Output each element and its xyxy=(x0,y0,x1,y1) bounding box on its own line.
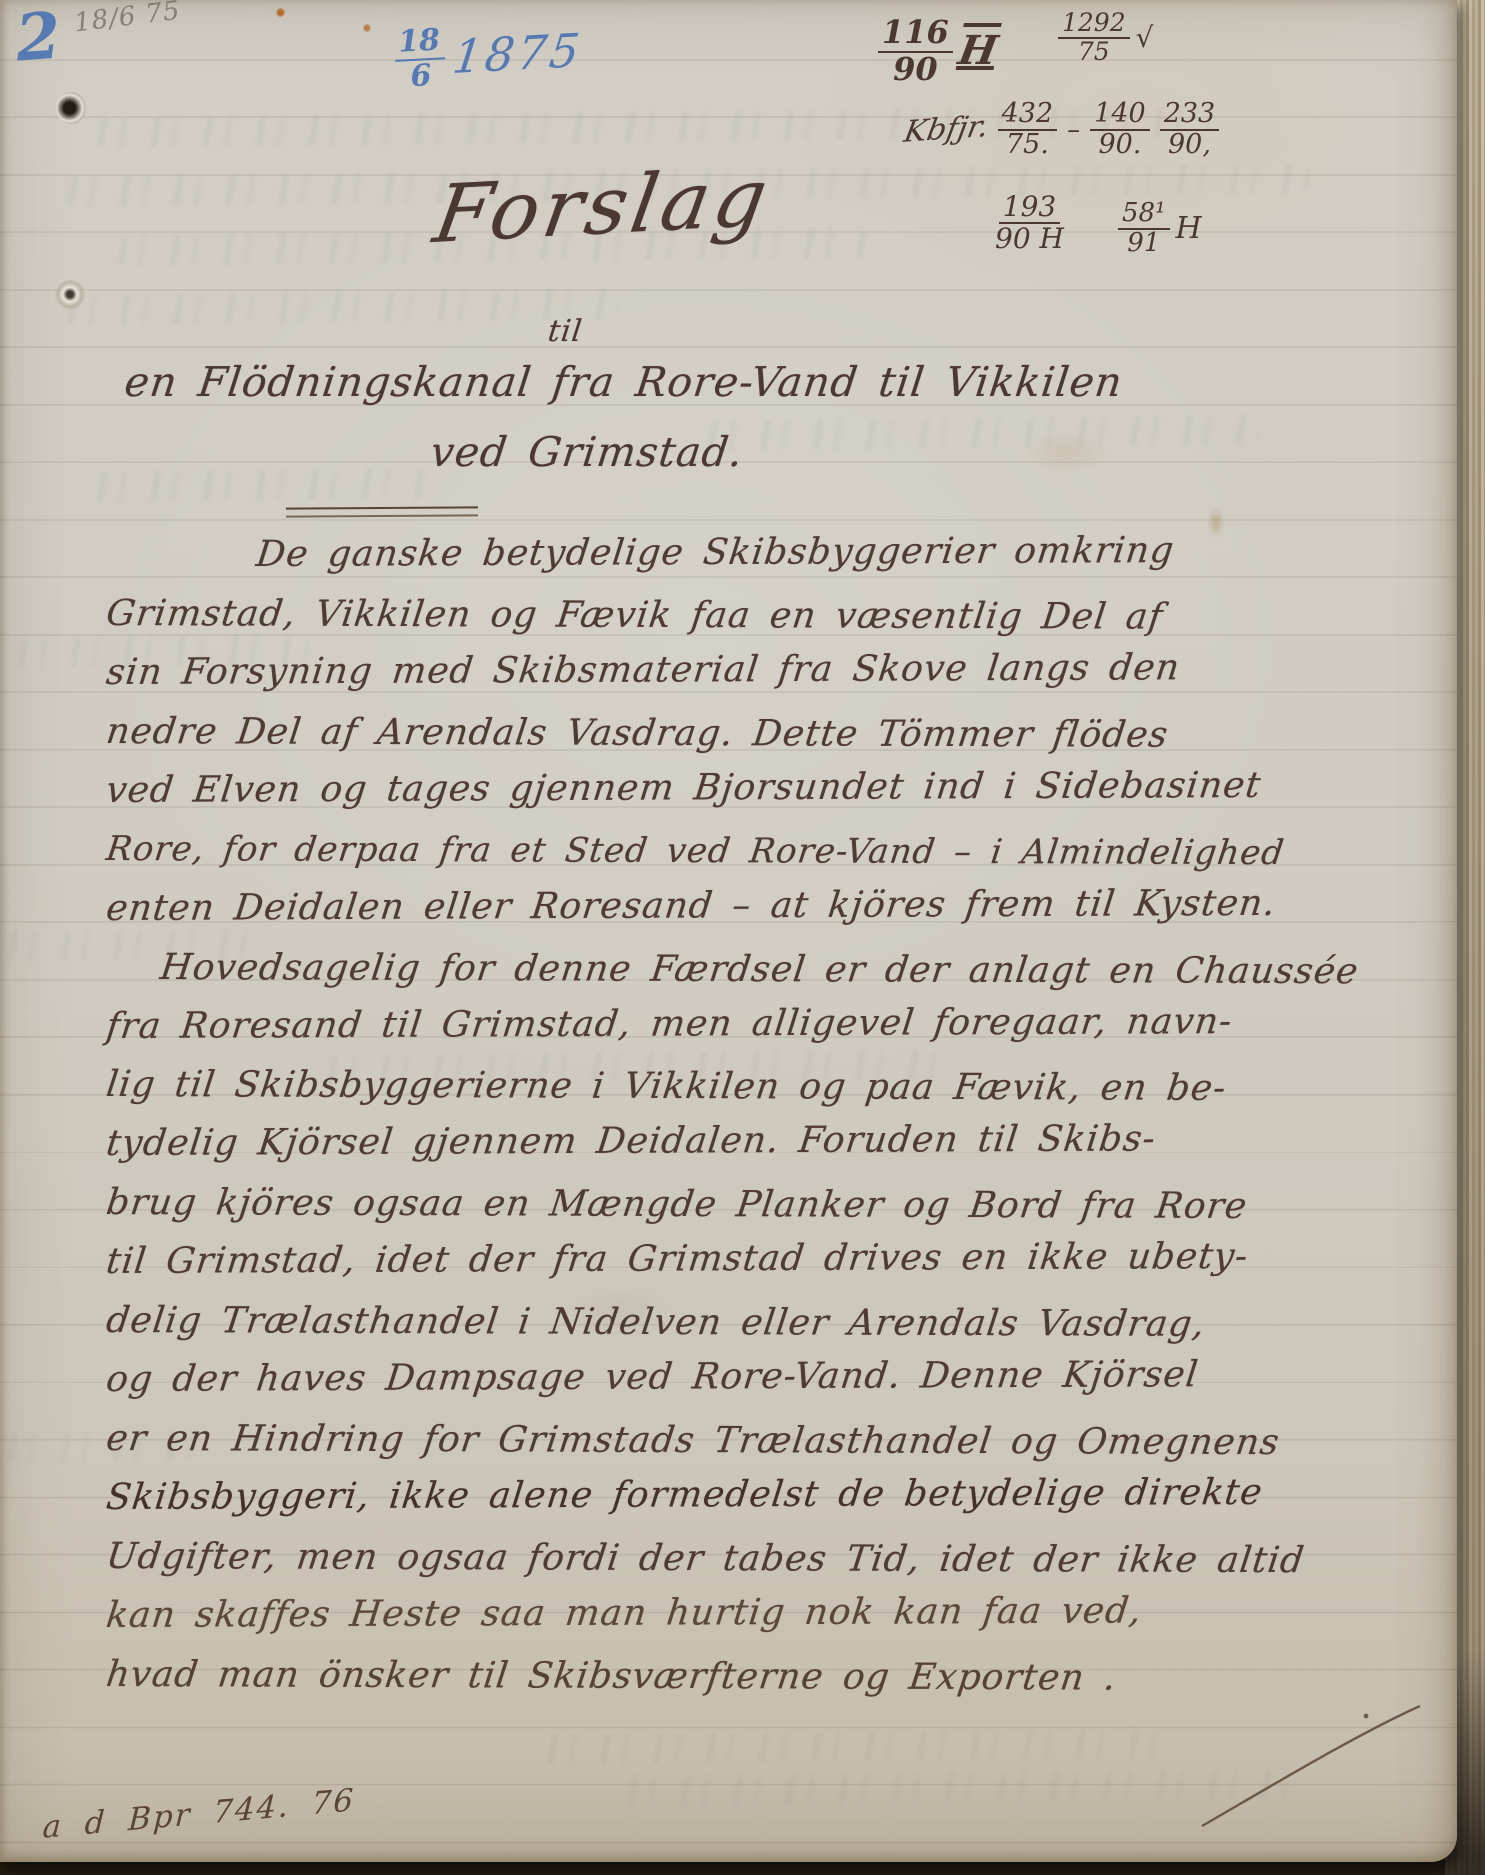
fraction-numerator: 58¹ xyxy=(1118,200,1170,230)
body-line: ved Elven og tages gjennem Bjorsundet in… xyxy=(104,765,1264,811)
document-subtitle-line2: ved Grimstad. xyxy=(428,428,746,476)
document-title-connector: til xyxy=(546,314,585,349)
journal-mark-3: Kbfjr. 432 75. – 140 90. 233 90, xyxy=(905,100,1219,160)
fraction-numerator: 233 xyxy=(1160,100,1220,131)
body-line: hvad man önsker til Skibsværfterne og Ex… xyxy=(104,1654,1119,1699)
body-line: Skibsbyggeri, ikke alene formedelst de b… xyxy=(104,1472,1265,1518)
archive-note: a d Bpr 744. 76 xyxy=(42,1782,356,1846)
body-line: enten Deidalen eller Roresand – at kjöre… xyxy=(104,883,1278,929)
fraction-denominator: 90, xyxy=(1168,131,1211,159)
fraction-numerator: 1292 xyxy=(1058,10,1130,39)
fraction-numerator: 193 xyxy=(999,192,1060,224)
body-line: nedre Del af Arendals Vasdrag. Dette Töm… xyxy=(104,711,1171,756)
page-registry-number: 2 xyxy=(13,0,63,76)
fraction-denominator: 90 H xyxy=(995,224,1064,253)
date-year: 1875 xyxy=(449,23,585,84)
journal-fraction: 432 75. xyxy=(998,100,1058,160)
check-mark: √ xyxy=(1136,21,1154,54)
body-line: kan skaffes Heste saa man hurtig nok kan… xyxy=(104,1590,1144,1636)
document-subtitle-line1: en Flödningskanal fra Rore-Vand til Vikk… xyxy=(122,358,1125,406)
journal-fraction: 193 90 H xyxy=(995,192,1064,254)
date-day: 18 xyxy=(393,24,444,61)
body-line: delig Trælasthandel i Nidelven eller Are… xyxy=(104,1300,1208,1345)
fraction-denominator: 91 xyxy=(1127,230,1160,257)
body-line: Rore, for derpaa fra et Sted ved Rore-Va… xyxy=(104,829,1287,873)
body-line: er en Hindring for Grimstads Trælasthand… xyxy=(104,1418,1282,1463)
scanned-manuscript: { "annotations": { "corner_number": "2",… xyxy=(0,0,1485,1875)
received-date: 18 6 1875 xyxy=(393,17,583,93)
document-title: Forslag xyxy=(428,151,777,261)
fraction-numerator: 432 xyxy=(998,100,1058,131)
body-line: sin Forsyning med Skibsmaterial fra Skov… xyxy=(104,647,1182,693)
journal-fraction: 58¹ 91 xyxy=(1118,200,1170,258)
body-line: Udgifter, men ogsaa fordi der tabes Tid,… xyxy=(104,1536,1307,1581)
journal-fraction: 1292 75 xyxy=(1058,10,1130,66)
body-line: fra Roresand til Grimstad, men alligevel… xyxy=(104,1001,1235,1047)
pen-flourish xyxy=(1188,1686,1438,1836)
body-line: Grimstad, Vikkilen og Fævik faa en væsen… xyxy=(104,593,1165,638)
dash: – xyxy=(1067,115,1080,145)
body-line: Hovedsagelig for denne Færdsel er der an… xyxy=(158,947,1361,992)
journal-fraction: 116 90 xyxy=(878,16,953,86)
body-line: tydelig Kjörsel gjennem Deidalen. Forude… xyxy=(104,1118,1158,1164)
fraction-denominator: 90 xyxy=(893,53,938,87)
fraction-denominator: 90. xyxy=(1098,131,1141,159)
body-line: til Grimstad, idet der fra Grimstad driv… xyxy=(104,1236,1251,1282)
body-line: De ganske betydelige Skibsbyggerier omkr… xyxy=(254,530,1177,575)
body-line: brug kjöres ogsaa en Mængde Planker og B… xyxy=(104,1182,1250,1227)
title-divider-rule xyxy=(286,506,478,517)
pencil-date: 18/6 75 xyxy=(73,0,183,38)
journal-mark-1: 116 90 H xyxy=(878,16,997,86)
journal-mark-5: 58¹ 91 H xyxy=(1118,200,1202,258)
date-month: 6 xyxy=(410,60,432,93)
fraction-numerator: 116 xyxy=(878,16,953,53)
body-line: lig til Skibsbyggerierne i Vikkilen og p… xyxy=(104,1064,1229,1109)
fraction-denominator: 75 xyxy=(1078,39,1110,65)
fraction-denominator: 75. xyxy=(1006,131,1049,159)
journal-fraction: 140 90. xyxy=(1090,100,1150,160)
journal-letter: H xyxy=(955,31,1000,71)
journal-mark-2: 1292 75 √ xyxy=(1058,10,1153,66)
journal-mark-4: 193 90 H xyxy=(995,192,1064,254)
page-content: 2 18/6 75 18 6 1875 116 90 H 1292 75 √ xyxy=(0,0,1457,1862)
journal-abbreviation: Kbfjr. xyxy=(901,110,991,151)
scan-area: 2 18/6 75 18 6 1875 116 90 H 1292 75 √ xyxy=(0,0,1485,1875)
body-line: og der haves Dampsage ved Rore-Vand. Den… xyxy=(104,1354,1201,1400)
fraction-numerator: 140 xyxy=(1090,100,1150,131)
journal-letter: H xyxy=(1176,211,1202,246)
journal-fraction: 233 90, xyxy=(1160,100,1220,160)
date-fraction: 18 6 xyxy=(393,24,446,93)
